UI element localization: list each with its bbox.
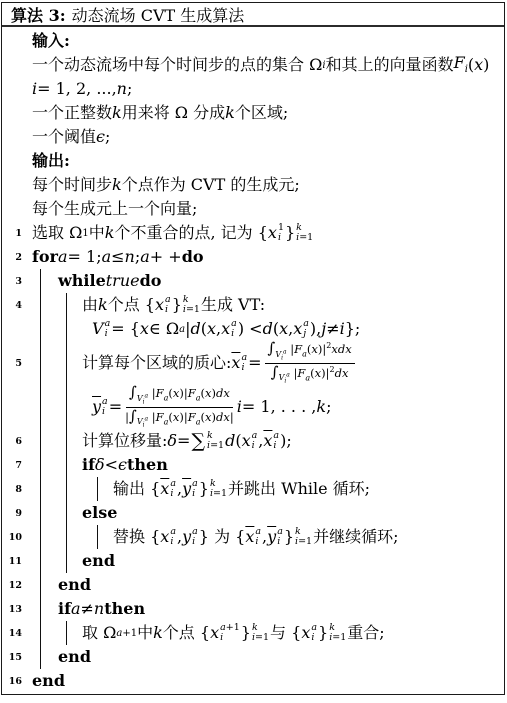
block-rule [66, 341, 82, 385]
algo-line-4: 4由 k 个点 {xai}ki=1 生成 VT: [2, 293, 504, 317]
line-content: if a ≠ n then [58, 597, 504, 621]
line-content: 输入: [32, 29, 504, 53]
line-content: 一个正整数 k 用来将 Ω 分成 k 个区域; [32, 101, 504, 125]
line-content: Vai = {x ∈ Ωa|d(x, xai) < d(x, xaj), j ≠… [82, 317, 504, 341]
algo-line-13: 13if a ≠ n then [2, 597, 504, 621]
page: { "algorithm": { "label": "算法 3:", "titl… [0, 0, 507, 703]
algo-line-6: 6计算位移量: δ = ∑ki=1 d(xai, xai); [2, 429, 504, 453]
algo-line-1: 1选取 Ω1 中 k 个不重合的点, 记为 {x1i}ki=1 [2, 221, 504, 245]
line-content: i = 1, 2, ..., n; [32, 77, 504, 101]
block-rule [40, 317, 66, 341]
algo-io-line: 一个阈值 ϵ; [2, 125, 504, 149]
algo-io-line: 每个生成元上一个向量; [2, 197, 504, 221]
line-content: 替换 {xai, yai} 为 {xai, yai}ki=1 并继续循环; [113, 525, 504, 549]
line-content: 每个时间步 k 个点作为 CVT 的生成元; [32, 173, 504, 197]
block-rule [40, 573, 58, 597]
line-number: 8 [2, 477, 22, 501]
indent-pad [32, 477, 40, 501]
block-rule [97, 525, 113, 549]
line-content: for a = 1; a ≤ n; a + + do [32, 245, 504, 269]
block-rule [40, 597, 58, 621]
line-number [2, 77, 22, 101]
line-content: while true do [58, 269, 504, 293]
indent-pad [32, 317, 40, 341]
algo-line-10: 10替换 {xai, yai} 为 {xai, yai}ki=1 并继续循环; [2, 525, 504, 549]
line-number: 11 [2, 549, 22, 573]
algo-line-5: 5计算每个区域的质心: xai = ∫Via |Fa(x)|2xdx∫Via |… [2, 341, 504, 385]
algo-io-line: 一个正整数 k 用来将 Ω 分成 k 个区域; [2, 101, 504, 125]
line-content: 每个生成元上一个向量; [32, 197, 504, 221]
indent-pad [32, 573, 40, 597]
line-content: else [82, 501, 504, 525]
indent-pad [32, 645, 40, 669]
algo-io-line: i = 1, 2, ..., n; [2, 77, 504, 101]
line-number [2, 317, 22, 341]
line-number: 9 [2, 501, 22, 525]
block-rule [40, 621, 66, 645]
line-number [2, 125, 22, 149]
indent-pad [32, 597, 40, 621]
algorithm-header: 算法 3: 动态流场 CVT 生成算法 [2, 3, 504, 27]
line-content: end [58, 645, 504, 669]
block-rule [40, 269, 58, 293]
block-rule [66, 621, 82, 645]
algo-line-4-cont: Vai = {x ∈ Ωa|d(x, xai) < d(x, xaj), j ≠… [2, 317, 504, 341]
line-content: 计算每个区域的质心: xai = ∫Via |Fa(x)|2xdx∫Via |F… [82, 341, 504, 385]
line-content: 一个阈值 ϵ; [32, 125, 504, 149]
indent-pad [32, 621, 40, 645]
algorithm-title: 动态流场 CVT 生成算法 [72, 3, 245, 26]
line-content: 输出: [32, 149, 504, 173]
line-content: end [58, 573, 504, 597]
line-content: 取 Ωa+1 中 k 个点 {xa+1i}ki=1 与 {xai}ki=1 重合… [82, 621, 504, 645]
block-rule [40, 549, 66, 573]
indent-pad [32, 501, 40, 525]
line-content: end [82, 549, 504, 573]
algo-line-3: 3while true do [2, 269, 504, 293]
algo-line-15: 15end [2, 645, 504, 669]
algorithm-label: 算法 3: [11, 3, 66, 26]
indent-pad [32, 549, 40, 573]
block-rule [97, 477, 113, 501]
indent-pad [32, 525, 40, 549]
algorithm-body: 输入:一个动态流场中每个时间步的点的集合 Ωi 和其上的向量函数 Fi(x)i … [2, 27, 504, 693]
algo-io-heading: 输入: [2, 29, 504, 53]
block-rule [40, 341, 66, 385]
algo-line-16: 16end [2, 669, 504, 693]
line-number [2, 385, 22, 429]
line-number: 6 [2, 429, 22, 453]
line-number: 7 [2, 453, 22, 477]
algo-line-11: 11end [2, 549, 504, 573]
algo-line-7: 7if δ < ϵ then [2, 453, 504, 477]
algo-line-12: 12end [2, 573, 504, 597]
indent-pad [32, 453, 40, 477]
block-rule [40, 293, 66, 317]
block-rule [40, 525, 66, 549]
line-number: 15 [2, 645, 22, 669]
indent-pad [32, 269, 40, 293]
line-content: end [32, 669, 504, 693]
algo-line-8: 8输出 {xai, yai}ki=1 并跳出 While 循环; [2, 477, 504, 501]
line-number: 13 [2, 597, 22, 621]
line-number: 12 [2, 573, 22, 597]
block-rule [66, 501, 82, 525]
line-content: 选取 Ω1 中 k 个不重合的点, 记为 {x1i}ki=1 [32, 221, 504, 245]
line-number [2, 197, 22, 221]
line-content: yai = ∫Via |Fa(x)|Fa(x)dx|∫Via |Fa(x)|Fa… [82, 385, 504, 429]
line-content: 一个动态流场中每个时间步的点的集合 Ωi 和其上的向量函数 Fi(x) [32, 53, 504, 77]
line-number [2, 149, 22, 173]
block-rule [66, 317, 82, 341]
block-rule [40, 429, 66, 453]
line-number: 4 [2, 293, 22, 317]
indent-pad [32, 385, 40, 429]
block-rule [66, 429, 82, 453]
algo-io-line: 每个时间步 k 个点作为 CVT 的生成元; [2, 173, 504, 197]
algorithm-figure: 算法 3: 动态流场 CVT 生成算法 输入:一个动态流场中每个时间步的点的集合… [1, 2, 505, 695]
line-number [2, 53, 22, 77]
line-number: 2 [2, 245, 22, 269]
indent-pad [32, 341, 40, 385]
line-number [2, 101, 22, 125]
block-rule [66, 525, 97, 549]
algo-line-9: 9else [2, 501, 504, 525]
line-number: 14 [2, 621, 22, 645]
block-rule [40, 385, 66, 429]
indent-pad [32, 429, 40, 453]
line-number: 10 [2, 525, 22, 549]
line-number: 1 [2, 221, 22, 245]
algo-line-2: 2for a = 1; a ≤ n; a + + do [2, 245, 504, 269]
line-number: 5 [2, 341, 22, 385]
line-number: 16 [2, 669, 22, 693]
block-rule [40, 501, 66, 525]
algo-line-14: 14取 Ωa+1 中 k 个点 {xa+1i}ki=1 与 {xai}ki=1 … [2, 621, 504, 645]
indent-pad [32, 293, 40, 317]
line-number [2, 173, 22, 197]
line-number: 3 [2, 269, 22, 293]
algo-line-5-cont: yai = ∫Via |Fa(x)|Fa(x)dx|∫Via |Fa(x)|Fa… [2, 385, 504, 429]
line-content: 输出 {xai, yai}ki=1 并跳出 While 循环; [113, 477, 504, 501]
line-number [2, 29, 22, 53]
algo-io-heading: 输出: [2, 149, 504, 173]
block-rule [40, 645, 58, 669]
algo-io-line: 一个动态流场中每个时间步的点的集合 Ωi 和其上的向量函数 Fi(x) [2, 53, 504, 77]
block-rule [66, 453, 82, 477]
block-rule [66, 385, 82, 429]
line-content: if δ < ϵ then [82, 453, 504, 477]
block-rule [66, 293, 82, 317]
block-rule [40, 453, 66, 477]
line-content: 由 k 个点 {xai}ki=1 生成 VT: [82, 293, 504, 317]
line-content: 计算位移量: δ = ∑ki=1 d(xai, xai); [82, 429, 504, 453]
block-rule [40, 477, 66, 501]
block-rule [66, 549, 82, 573]
block-rule [66, 477, 97, 501]
